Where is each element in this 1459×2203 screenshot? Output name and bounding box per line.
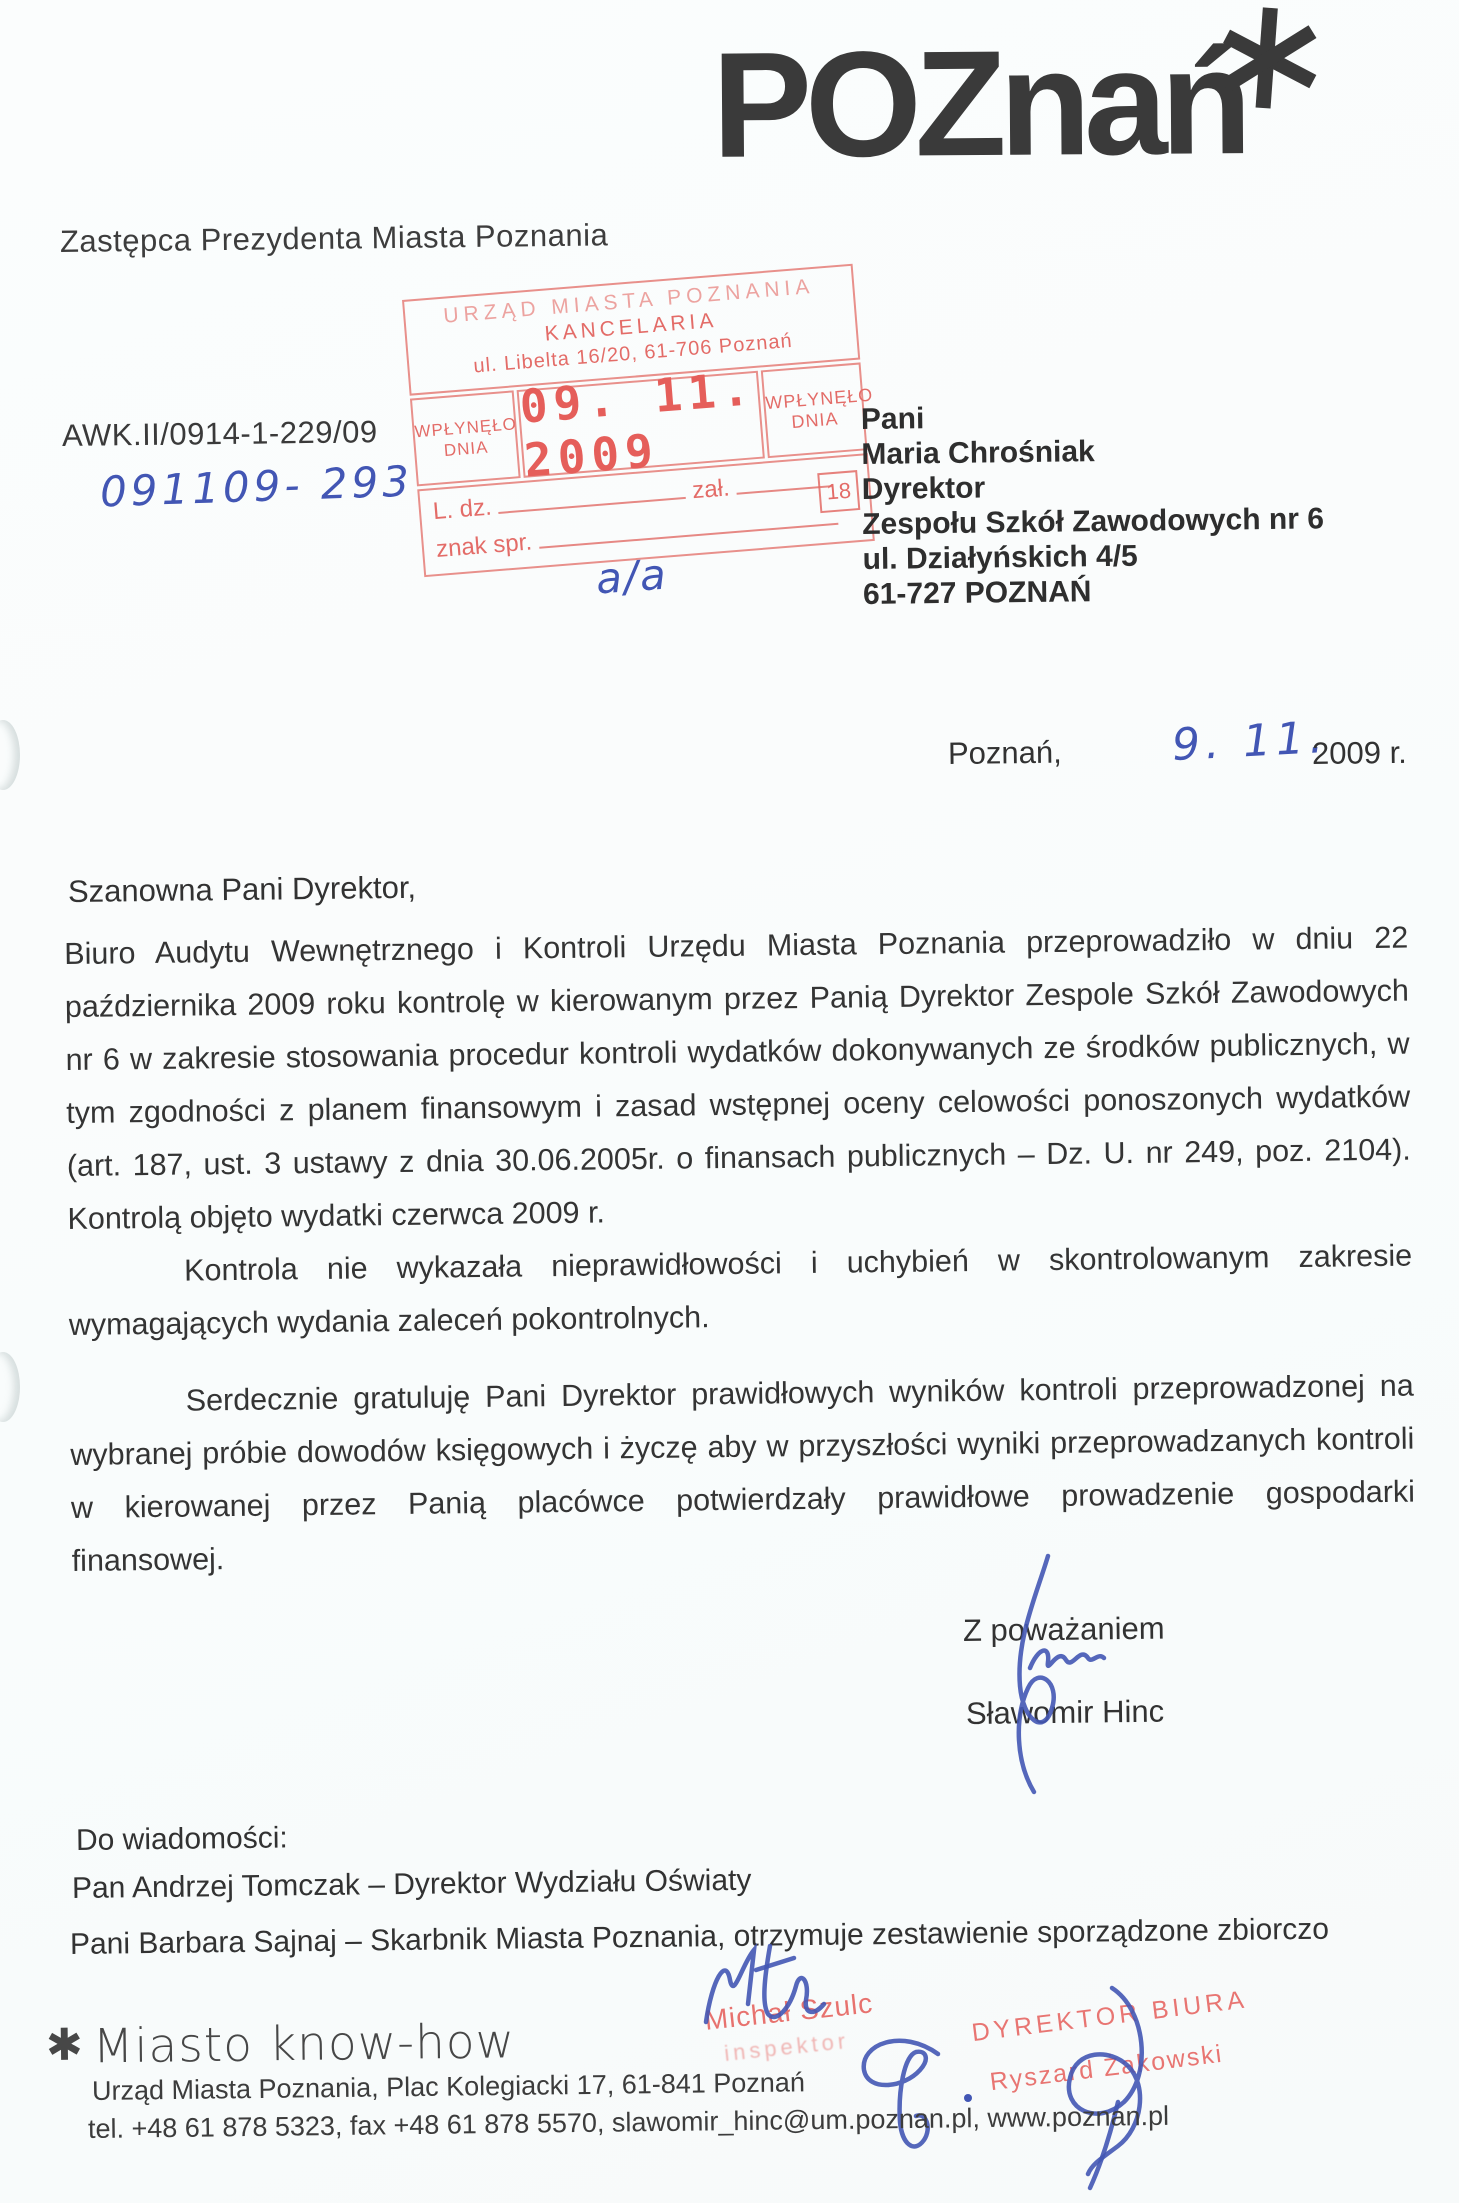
poznan-logo: POZnań: [711, 6, 1245, 200]
poznan-logo-word: POZnań: [711, 17, 1245, 189]
recipient-line: Zespołu Szkół Zawodowych nr 6: [862, 501, 1324, 542]
salutation: Szanowna Pani Dyrektor,: [68, 870, 416, 910]
hinc-signature: [986, 1548, 1126, 1808]
brand-asterisk-icon: ✱: [46, 2020, 83, 2071]
registry-stamp: URZĄD MIASTA POZNANIA KANCELARIA ul. Lib…: [402, 264, 875, 577]
cc-heading: Do wiadomości:: [76, 1821, 288, 1858]
scanned-letter-page: POZnań Zastępca Prezydenta Miasta Poznan…: [0, 0, 1459, 2203]
brand-text: Miasto know-how: [93, 2014, 516, 2074]
stamp-received-left: WPŁYNĘŁO DNIA: [410, 390, 521, 486]
sender-title: Zastępca Prezydenta Miasta Poznania: [60, 217, 609, 260]
footer-address: Urząd Miasta Poznania, Plac Kolegiacki 1…: [92, 2067, 805, 2107]
recipient-line: 61-727 POZNAŃ: [863, 571, 1325, 612]
recipient-line: Maria Chrośniak: [861, 431, 1323, 472]
recipient-line: Dyrektor: [862, 466, 1324, 507]
scan-artifact: [0, 1352, 20, 1422]
dateline-year: 2009 r.: [1312, 735, 1407, 772]
stamp-received-right: WPŁYNĘŁO DNIA: [761, 362, 868, 458]
handwritten-date: 9. 11.: [1171, 712, 1329, 771]
cc-item: Pan Andrzej Tomczak – Dyrektor Wydziału …: [72, 1864, 752, 1906]
handwritten-reference-number: 091109- 293: [99, 457, 414, 517]
footer-brand: ✱ Miasto know-how: [46, 2014, 516, 2075]
attachment-count-box: 18: [817, 470, 860, 513]
recipient-line: ul. Działyńskich 4/5: [862, 536, 1324, 577]
znak-label: znak spr.: [435, 528, 533, 563]
poznan-logo-asterisk-icon: [1222, 2, 1319, 123]
ldz-blank-line: [497, 479, 686, 514]
reference-number: AWK.II/0914-1-229/09: [62, 414, 378, 454]
letter-body: Biuro Audytu Wewnętrznego i Kontroli Urz…: [64, 912, 1416, 1588]
paraph-signature: [842, 2026, 992, 2156]
director-signature: [1000, 1976, 1200, 2196]
ldz-label: L. dz.: [432, 494, 493, 526]
handwritten-aa-note: a/a: [594, 550, 669, 604]
recipient-block: Pani Maria Chrośniak Dyrektor Zespołu Sz…: [861, 396, 1325, 612]
zal-label: zał.: [691, 474, 730, 504]
recipient-line: Pani: [861, 396, 1323, 437]
scan-artifact: [0, 720, 20, 790]
dateline-city: Poznań,: [948, 735, 1062, 772]
stamp-date: 09. 11. 2009: [517, 371, 765, 478]
